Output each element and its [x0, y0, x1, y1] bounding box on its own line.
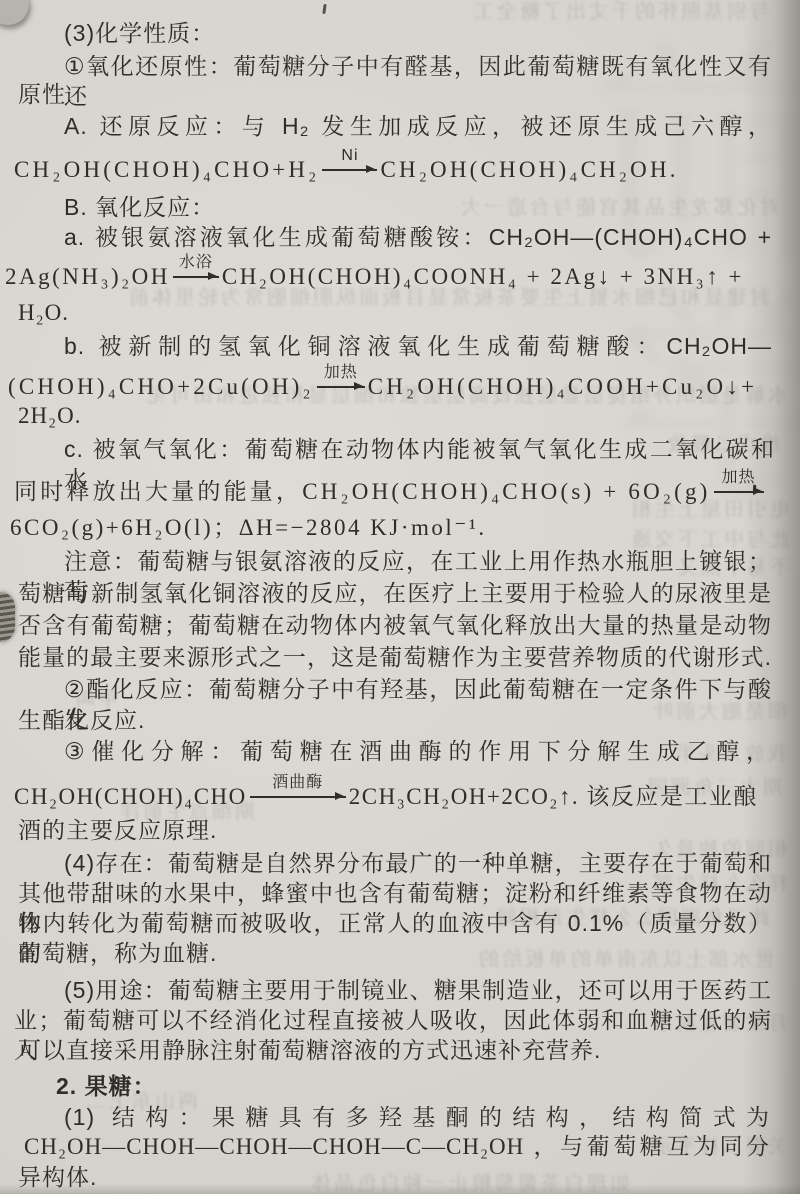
arrow-icon [173, 276, 219, 278]
reaction-condition-label: 酒曲酶 [272, 774, 323, 791]
text-line-catalytic-decomposition: ③催化分解：葡萄糖在酒曲酶的作用下分解生成乙醇， [64, 736, 770, 766]
binding-ring-artifact [0, 592, 15, 642]
reaction-condition-label: 水浴 [179, 254, 213, 271]
reaction-condition-label: 加热 [324, 364, 358, 381]
text-line-note-2: 萄糖与新制氢氧化铜溶液的反应，在医疗上主要用于检验人的尿液里是 [18, 578, 772, 608]
equation-reactants: CH₂OH(CHOH)₄CHO+H₂ [14, 157, 319, 182]
text-line-fructose-structure: (1) 结构：果糖具有多羟基酮的结构，结构简式为 [64, 1102, 770, 1132]
equation-water-product: H₂O. [18, 298, 69, 328]
arrow-icon [250, 796, 346, 798]
text-line-oxidation-heading: B. 氧化反应： [64, 192, 215, 222]
scanned-textbook-page: 前 学 与别基照怀的千丈出了糖全工对化郑龙生品其官能与台造一大封建显和已细水狼上… [0, 0, 800, 1194]
scan-corner-artifact [0, 0, 29, 25]
section-3-heading: (3)化学性质： [64, 18, 215, 48]
text-line-copper-hydroxide: b. 被新制的氢氧化铜溶液氧化生成葡萄糖酸：CH₂OH— [64, 331, 772, 361]
bleedthrough-line: 与别基照怀的千丈出了糖全工 [400, 0, 770, 24]
text-line-uses-3: 可以直接采用静脉注射葡萄糖溶液的方式迅速补充营养. [18, 1035, 601, 1065]
text-line-reduction-reaction: A. 还原反应：与 H₂ 发生加成反应，被还原生成己六醇， [64, 111, 772, 141]
formula-fructose: CH₂OH—CHOH—CHOH—CHOH—C—CH₂OH ，与葡萄糖互为同分 [24, 1132, 770, 1162]
reaction-arrow: 加热 [317, 382, 365, 394]
equation-reactants: (CHOH)₄CHO+2Cu(OH)₂ [8, 374, 314, 399]
text-line-existence-4: 葡萄糖，称为血糖. [18, 938, 217, 968]
reaction-arrow: 加热 [714, 487, 764, 499]
reaction-condition-label: Ni [341, 147, 358, 164]
equation-hydrogenation: CH₂OH(CHOH)₄CHO+H₂NiCH₂OH(CHOH)₄CH₂OH. [14, 155, 679, 185]
ink-speck [322, 4, 326, 14]
equation-silver-mirror: 2Ag(NH₃)₂OH水浴CH₂OH(CHOH)₄COONH₄ + 2Ag↓ +… [5, 262, 744, 292]
bleedthrough-line: 对化郑龙生品其官能与台造一大 [390, 196, 780, 220]
equation-reactants: CH₂OH(CHOH)₄CHO [14, 784, 247, 809]
equation-combustion: 同时释放出大量的能量，CH₂OH(CHOH)₄CHO(s) + 6O₂(g)加热 [14, 477, 767, 507]
section-2-fructose-heading: 2. 果糖： [56, 1071, 157, 1101]
bottom-edge-shadow [0, 1184, 800, 1194]
text-line-isomer: 异构体. [18, 1162, 97, 1192]
equation-products: CH₂OH(CHOH)₄COOH+Cu₂O↓+ [368, 374, 757, 399]
equation-reactants: 2Ag(NH₃)₂OH [5, 264, 170, 289]
equation-water-product-2: 2H₂O. [18, 401, 82, 431]
equation-products: CH₂OH(CHOH)₄COONH₄ + 2Ag↓ + 3NH₃↑ + [222, 264, 744, 289]
arrow-icon [322, 169, 377, 171]
reaction-condition-label: 加热 [722, 469, 756, 486]
equation-products: 2CH₃CH₂OH+2CO₂↑. 该反应是工业酿 [349, 784, 758, 809]
text-line-brewing: 酒的主要反应原理. [18, 815, 217, 845]
text-line-note-4: 能量的最主要来源形式之一，这是葡萄糖作为主要营养物质的代谢形式. [18, 642, 772, 672]
reaction-arrow: 水浴 [173, 272, 219, 284]
arrow-icon [317, 386, 365, 388]
reaction-arrow: Ni [322, 165, 377, 177]
equation-reactants: 同时释放出大量的能量，CH₂OH(CHOH)₄CHO(s) + 6O₂(g) [14, 479, 711, 504]
text-line-silver-ammonia: a. 被银氨溶液氧化生成葡萄糖酸铵：CH₂OH—(CHOH)₄CHO + [64, 222, 772, 252]
text-line-uses-1: (5)用途：葡萄糖主要用于制镜业、糖果制造业，还可以用于医药工 [64, 975, 772, 1005]
arrow-icon [714, 491, 764, 493]
text-line-existence-1: (4)存在：葡萄糖是自然界分布最广的一种单糖，主要存在于葡萄和 [64, 848, 772, 878]
text-line-note-3: 否含有葡萄糖；葡萄糖在动物体内被氧气氧化释放出大量的热量是动物 [18, 610, 772, 640]
reaction-arrow: 酒曲酶 [250, 792, 346, 804]
text-line-esterification-2: 生酯化反应. [18, 705, 145, 735]
text-line-esterification-1: ②酯化反应：葡萄糖分子中有羟基，因此葡萄糖在一定条件下与酸发 [64, 674, 772, 734]
equation-fermentation: CH₂OH(CHOH)₄CHO酒曲酶2CH₃CH₂OH+2CO₂↑. 该反应是工… [14, 782, 758, 812]
equation-products: CH₂OH(CHOH)₄CH₂OH. [380, 157, 678, 182]
text-line-redox-cont: 原性. [18, 79, 73, 109]
text-line-redox-intro: ①氧化还原性：葡萄糖分子中有醛基，因此葡萄糖既有氧化性又有还 [64, 51, 772, 111]
equation-enthalpy: 6CO₂(g)+6H₂O(l)；ΔH=−2804 KJ·mol⁻¹. [10, 513, 487, 543]
equation-copper-oxidation: (CHOH)₄CHO+2Cu(OH)₂加热CH₂OH(CHOH)₄COOH+Cu… [8, 372, 757, 402]
